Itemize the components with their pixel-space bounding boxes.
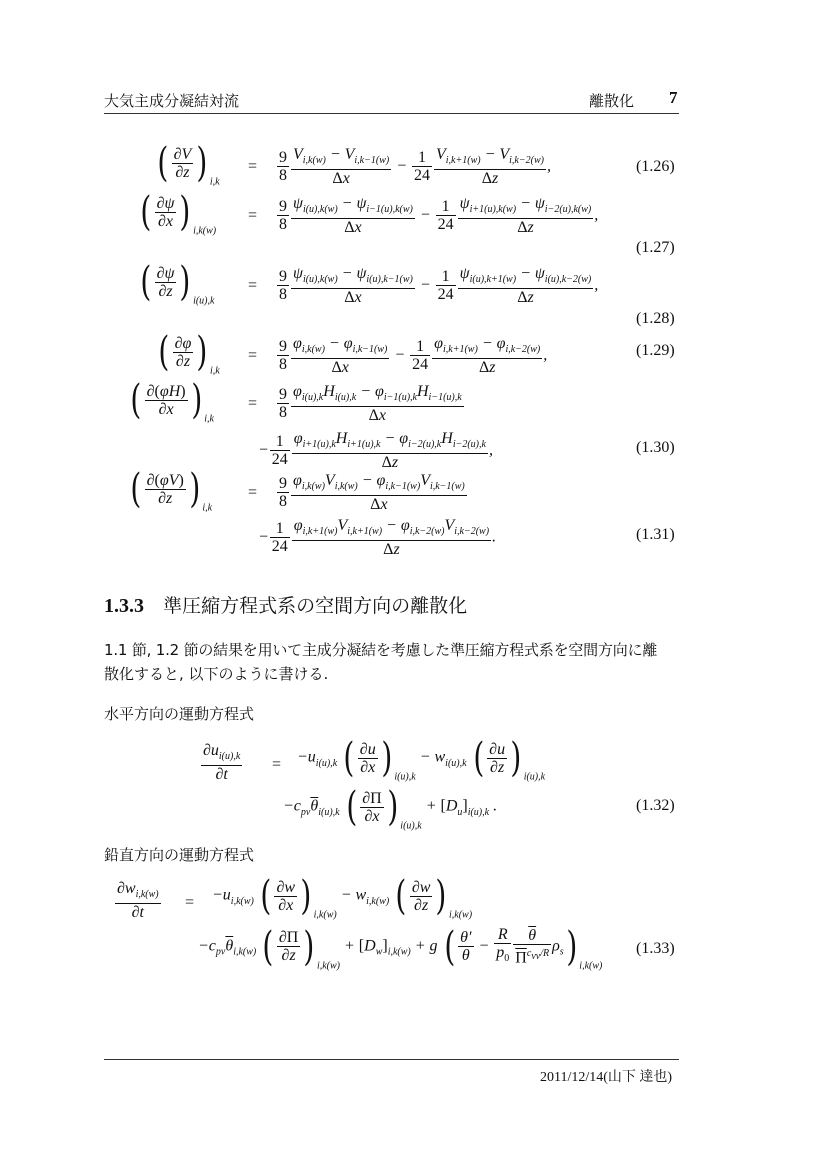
body-paragraph: 1.1 節, 1.2 節の結果を用いて主成分凝結を考慮した準圧縮方程式系を空間方… xyxy=(104,638,694,686)
page-number: 7 xyxy=(669,88,678,108)
subheading-horizontal-momentum: 水平方向の運動方程式 xyxy=(104,702,254,726)
subheading-vertical-momentum: 鉛直方向の運動方程式 xyxy=(104,843,254,867)
equation-number: (1.30) xyxy=(636,439,675,457)
section-number: 1.3.3 xyxy=(104,595,144,617)
running-header-section: 離散化 xyxy=(589,90,634,111)
equation-number: (1.32) xyxy=(636,797,675,815)
equation-number: (1.28) xyxy=(636,310,675,328)
equation-number: (1.26) xyxy=(636,158,675,176)
equation-number: (1.29) xyxy=(636,342,675,360)
section-heading: 1.3.3 準圧縮方程式系の空間方向の離散化 xyxy=(104,591,467,618)
paragraph-line-2: 散化すると, 以下のように書ける. xyxy=(104,662,694,686)
paragraph-line-1: 1.1 節, 1.2 節の結果を用いて主成分凝結を考慮した準圧縮方程式系を空間方… xyxy=(104,638,694,662)
header-rule xyxy=(104,113,679,114)
equation-number: (1.33) xyxy=(636,940,675,958)
footer-date-author: 2011/12/14(山下 達也) xyxy=(540,1066,672,1086)
equation-number: (1.27) xyxy=(636,239,675,257)
equation-number: (1.31) xyxy=(636,526,675,544)
footer-rule xyxy=(104,1059,679,1060)
section-title: 準圧縮方程式系の空間方向の離散化 xyxy=(163,595,467,617)
running-header-title: 大気主成分凝結対流 xyxy=(104,90,239,111)
